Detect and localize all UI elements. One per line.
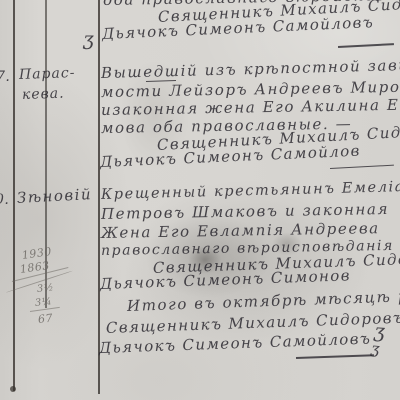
entry-text-line: изаконная жена Его Акилина Е bbox=[101, 98, 400, 118]
pencil-annotation-figure: 3¼ bbox=[34, 296, 52, 309]
ruled-line-left-margin bbox=[13, 0, 15, 391]
entry-name: кева. bbox=[22, 87, 65, 102]
entry-name: Зѣновій bbox=[17, 187, 93, 206]
scanned-register-page: оба православнаго вѣроисповѣ Священникъ … bbox=[0, 0, 400, 400]
pencil-annotation-figure: 3½ bbox=[36, 282, 54, 295]
entry-number: 0. bbox=[0, 193, 9, 207]
ink-squiggle-mark: ʒ bbox=[83, 30, 94, 49]
entry-name: Парас- bbox=[19, 66, 76, 82]
ink-underline bbox=[338, 43, 394, 47]
clerk-signature: Дьячокъ Симеонъ Самойлов bbox=[100, 144, 361, 170]
ruled-line-main-column bbox=[98, 0, 100, 394]
ink-underline bbox=[296, 354, 374, 358]
ink-underline bbox=[330, 165, 394, 169]
clerk-signature: Дьячокъ Симеонъ Самойловъ bbox=[102, 15, 375, 42]
entry-number: 7. bbox=[0, 70, 10, 84]
pencil-annotation-result: 67 bbox=[37, 311, 53, 325]
entry-text-line: Крещенный крестьянинъ Емеліанъ bbox=[101, 179, 400, 202]
entry-text-line: Вышедшій изъ крѣпостной зави bbox=[101, 58, 400, 81]
clerk-signature: Дьячокъ Симеонъ Симонов bbox=[100, 268, 351, 292]
